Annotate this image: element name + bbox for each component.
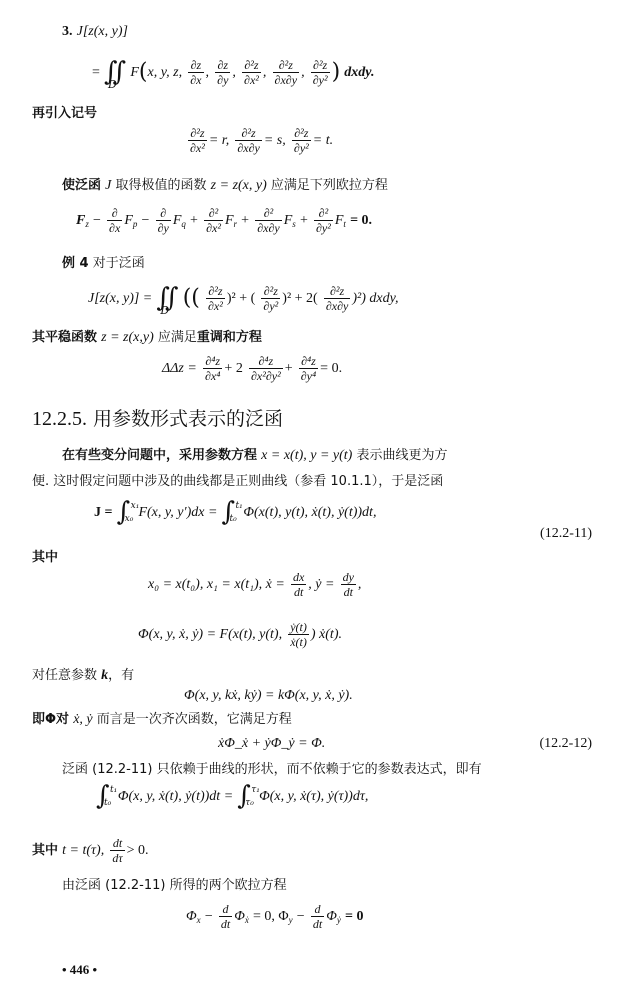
- notation-equation: ∂²z∂x²= r, ∂²z∂x∂y= s, ∂²z∂y²= t.: [186, 126, 333, 155]
- double-integral: ∬D: [156, 290, 178, 307]
- equation-12-2-12: ẋΦ_ẋ + ẏΦ_ẏ = Φ.: [218, 736, 325, 752]
- euler-parametric-equations: Φx − ddtΦẋ = 0, Φy − ddtΦẏ = 0: [186, 902, 363, 931]
- homogeneity-equation: Φ(x, y, kẋ, kẏ) = kΦ(x, y, ẋ, ẏ).: [184, 688, 353, 704]
- fraction: ∂z∂y: [215, 58, 230, 87]
- item3-equation: = ∬D F(x, y, z, ∂z∂x, ∂z∂y, ∂²z∂x², ∂²z∂…: [92, 58, 375, 87]
- example-label: 例 4: [62, 256, 89, 271]
- fraction: ∂∂x: [107, 206, 122, 235]
- fraction: dtdτ: [110, 836, 124, 865]
- paragraph-line: 在有些变分问题中，采用参数方程 x = x(t), y = y(t) 表示曲线更…: [62, 448, 448, 464]
- functional-lhs: J[z(x, y)]: [77, 24, 128, 39]
- integrand-function: F: [130, 65, 139, 80]
- double-integral: ∬D: [104, 64, 126, 81]
- fraction: dxdt: [291, 570, 306, 599]
- integral: ∫t₁t₀: [222, 504, 236, 521]
- example4-heading: 例 4 对于泛函: [62, 256, 145, 272]
- equation-number: (12.2-11): [540, 526, 592, 542]
- fraction: ∂²z∂x²: [242, 58, 261, 87]
- equation-12-2-11: J = ∫x₁x₀ F(x, y, y′)dx = ∫t₁t₀ Φ(x(t), …: [94, 504, 376, 521]
- fraction: ∂²z∂x∂y: [324, 284, 351, 313]
- fraction: ẏ(t)ẋ(t): [288, 620, 309, 649]
- paragraph-line: 便. 这时假定问题中涉及的曲线都是正则曲线（参看 10.1.1），于是泛函: [32, 474, 443, 490]
- definitions-equation: x₀ = x(t₀), x₁ = x(t₁), ẋ = dxdt, ẏ = dy…: [148, 570, 361, 599]
- page-number: • 446 •: [62, 962, 97, 978]
- fraction: ddt: [219, 902, 232, 931]
- equation-number: (12.2-12): [540, 736, 593, 752]
- fraction: ∂²z∂x²: [188, 126, 207, 155]
- fraction: ∂²z∂x∂y: [273, 58, 300, 87]
- integral: ∫τ₁τ₀: [237, 788, 251, 805]
- invariance-equation: ∫t₁t₀ Φ(x, y, ẋ(t), ẏ(t))dt = ∫τ₁τ₀ Φ(x,…: [96, 788, 368, 805]
- item-number: 3.: [62, 24, 73, 39]
- fraction: ∂²z∂x²: [206, 284, 225, 313]
- where-label: 其中: [32, 550, 58, 566]
- paragraph-line: 泛函 (12.2-11) 只依赖于曲线的形状，而不依赖于它的参数表达式，即有: [62, 762, 482, 778]
- fraction: ∂z∂x: [188, 58, 203, 87]
- section-title: 用参数形式表示的泛函: [93, 408, 283, 430]
- integral-domain: D: [108, 77, 117, 93]
- biharmonic-equation: ΔΔz = ∂⁴z∂x⁴+ 2 ∂⁴z∂x²∂y²+ ∂⁴z∂y⁴= 0.: [162, 354, 342, 383]
- euler-equation: Fz − ∂∂xFp − ∂∂yFq + ∂²∂x²Fr + ∂²∂x∂yFs …: [76, 206, 372, 235]
- fraction: ∂⁴z∂y⁴: [299, 354, 318, 383]
- fraction: ∂⁴z∂x⁴: [203, 354, 222, 383]
- fraction: ∂²∂x²: [204, 206, 223, 235]
- equals-sign: =: [92, 65, 100, 80]
- biharmonic-term: 重调和方程: [197, 330, 262, 345]
- integral: ∫x₁x₀: [117, 504, 131, 521]
- example4-equation: J[z(x, y)] = ∬D (( ∂²z∂x²)² + ( ∂²z∂y²)²…: [88, 284, 399, 313]
- fraction: ∂²z∂y²: [292, 126, 311, 155]
- fraction: ∂²∂y²: [314, 206, 333, 235]
- fraction: ∂²∂x∂y: [255, 206, 282, 235]
- homogeneity-text: 即Φ对 ẋ, ẏ 而言是一次齐次函数，它满足方程: [32, 712, 292, 728]
- integral: ∫t₁t₀: [96, 788, 110, 805]
- arbitrary-param-line: 对任意参数 k，有: [32, 668, 134, 684]
- fraction: ∂²z∂y²: [261, 284, 280, 313]
- notation-intro: 再引入记号: [32, 106, 97, 122]
- fraction: ∂²z∂y²: [311, 58, 330, 87]
- paragraph-line: 由泛函 (12.2-11) 所得的两个欧拉方程: [62, 878, 287, 894]
- section-number: 12.2.5.: [32, 408, 87, 430]
- fraction: ∂²z∂x∂y: [235, 126, 262, 155]
- fraction: ∂⁴z∂x²∂y²: [249, 354, 283, 383]
- integrand-args: x, y, z,: [147, 65, 182, 80]
- fraction: ∂∂y: [156, 206, 171, 235]
- euler-intro: 使泛函 J 取得极值的函数 z = z(x, y) 应满足下列欧拉方程: [62, 178, 388, 194]
- where-line: 其中 t = t(τ), dtdτ> 0.: [32, 836, 149, 865]
- phi-definition: Φ(x, y, ẋ, ẏ) = F(x(t), y(t), ẏ(t)ẋ(t)) …: [138, 620, 342, 649]
- fraction: dydt: [341, 570, 356, 599]
- fraction: ddt: [311, 902, 324, 931]
- biharmonic-intro: 其平稳函数 z = z(x,y) 应满足重调和方程: [32, 330, 262, 346]
- item3-label-line: 3. J[z(x, y)]: [62, 24, 128, 40]
- differential: dxdy.: [344, 65, 374, 80]
- section-heading: 12.2.5. 用参数形式表示的泛函: [32, 408, 283, 430]
